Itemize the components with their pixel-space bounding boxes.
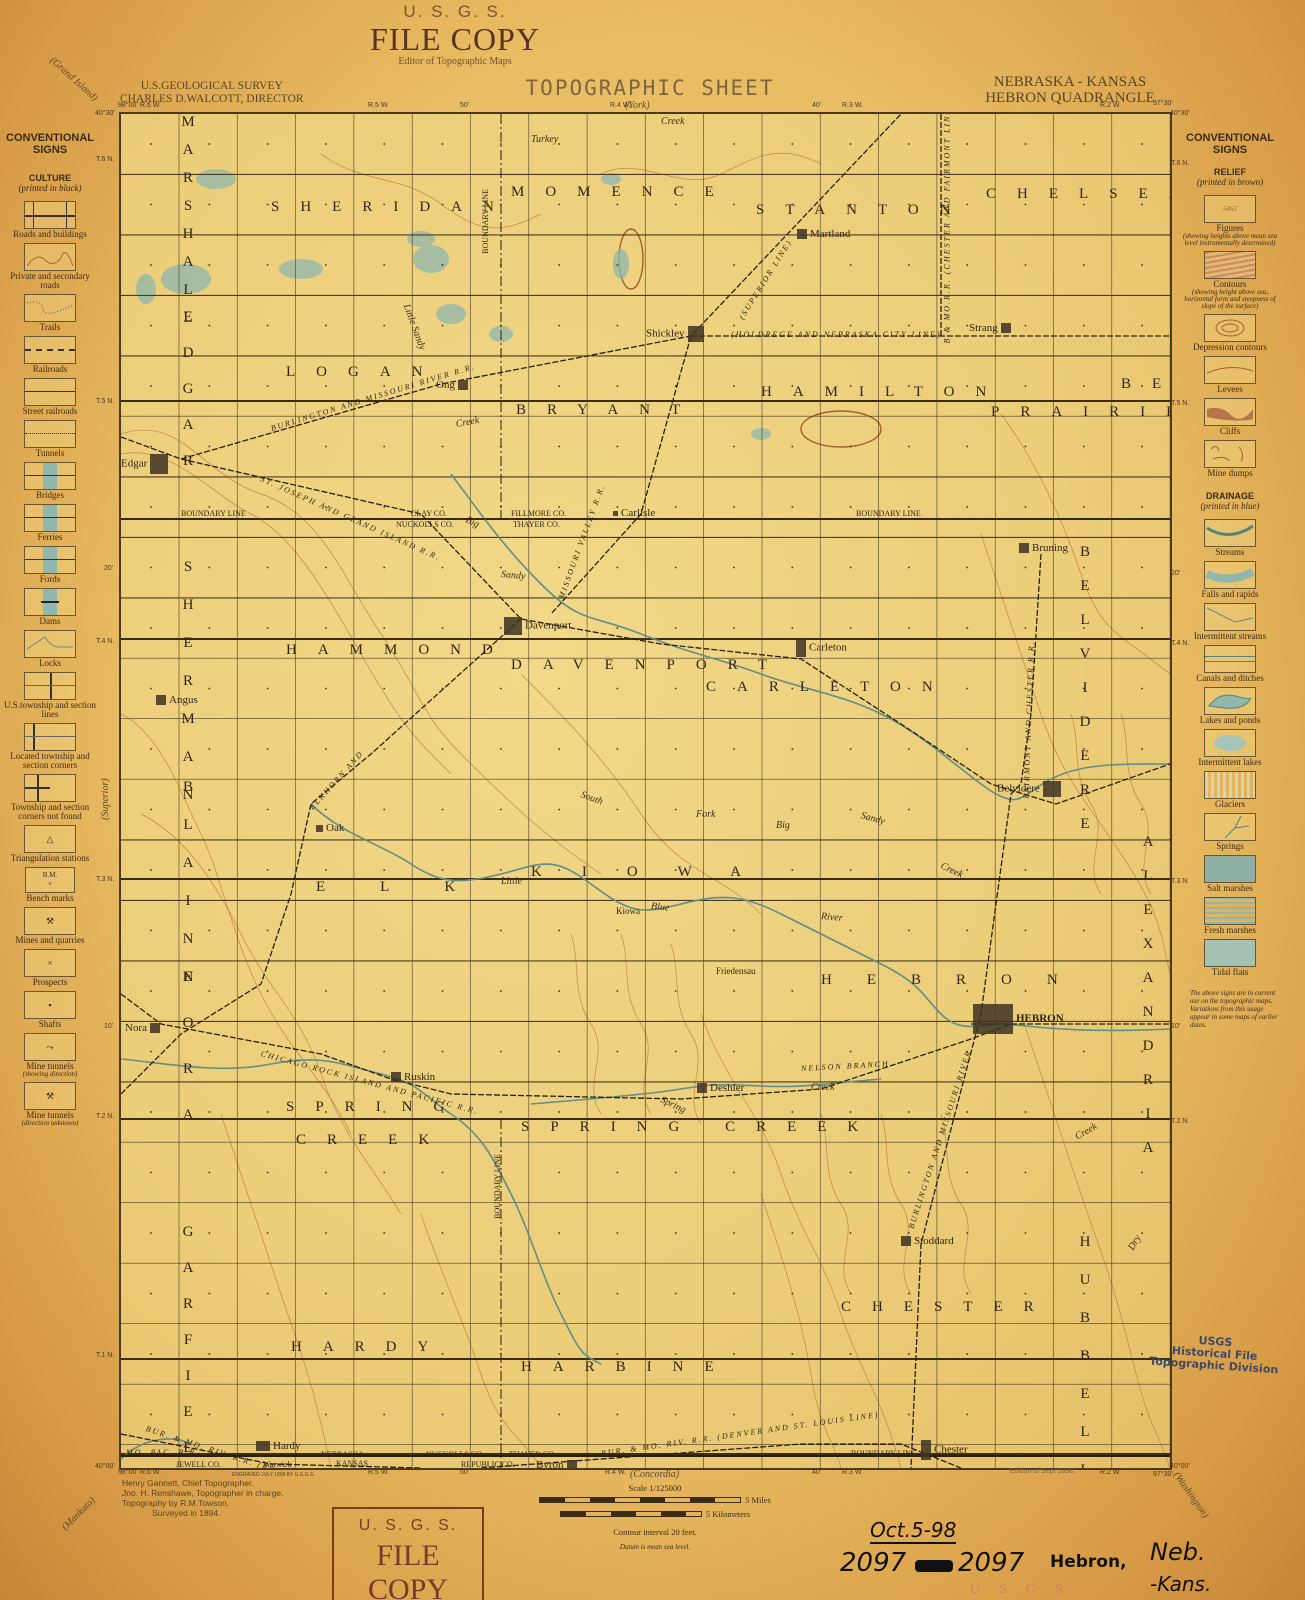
town-block-icon <box>567 1460 577 1470</box>
handwritten-number-left: 2097 <box>840 1548 906 1578</box>
salt-marshes-icon <box>1204 855 1256 883</box>
agency-name: U.S.GEOLOGICAL SURVEY <box>120 80 304 93</box>
town-block-icon <box>458 380 468 390</box>
town-ruskin[interactable]: Ruskin <box>391 1071 435 1083</box>
railroad-label: B.& MO.R.R. (CHESTER AND FAIRMONT LINE) <box>943 112 952 344</box>
legend-item-streams: Streams <box>1180 519 1280 557</box>
state-kansas: KANSAS <box>336 1459 368 1468</box>
stream-label: Sandy <box>501 569 526 582</box>
town-label: Oak <box>326 822 344 834</box>
credits-block: Henry Gannett, Chief Topographer. Jno. H… <box>122 1478 283 1518</box>
edition-note: Edition of Sept 1898. <box>1010 1468 1075 1475</box>
legend-label: Levees <box>1180 385 1280 394</box>
town-block-icon <box>316 825 323 832</box>
springs-icon <box>1204 813 1256 841</box>
town-bruning[interactable]: Bruning <box>1019 542 1068 554</box>
town-label: Carlisle <box>621 507 655 519</box>
legend-item-ferries: Ferries <box>0 504 100 542</box>
town-shickley[interactable]: Shickley <box>646 326 707 342</box>
township-hardy: HARDY <box>291 1339 449 1356</box>
legend-label: Bench marks <box>0 894 100 903</box>
located-corners-icon <box>24 723 76 751</box>
legend-item-springs: Springs <box>1180 813 1280 851</box>
contours-icon <box>1204 251 1256 279</box>
mine-icon: ⚒ <box>24 907 76 935</box>
legend-label: Fords <box>0 575 100 584</box>
quadrangle-name: HEBRON QUADRANGLE <box>960 90 1180 106</box>
town-carleton[interactable]: Carleton <box>796 639 847 657</box>
corners-not-found-icon <box>24 774 76 802</box>
town-edgar[interactable]: Edgar <box>121 454 171 474</box>
private-roads-icon <box>24 243 76 271</box>
county-thayer-bottom: THAYER CO. <box>509 1450 556 1459</box>
town-block-icon <box>901 1236 911 1246</box>
intermittent-lakes-icon <box>1204 729 1256 757</box>
legend-note: (direction unknown) <box>0 1120 100 1127</box>
town-label: Angus <box>169 694 198 706</box>
township-chelsea: CHELSEA <box>986 186 1172 203</box>
town-chester[interactable]: Chester <box>921 1440 968 1460</box>
stream-label: Little <box>501 876 522 887</box>
town-label: Martland <box>810 228 850 240</box>
town-label: Ruskin <box>404 1071 435 1083</box>
township-marshall: MARSHALL <box>179 114 196 338</box>
railroad-label: (HOLDREGE AND NEBRASKA CITY LINE) <box>731 330 942 339</box>
stream-label: Blue <box>651 901 670 914</box>
town-block-icon <box>973 1004 1013 1034</box>
figures-icon: 5463 <box>1204 195 1256 223</box>
legend-item-glaciers: Glaciers <box>1180 771 1280 809</box>
town-block-icon <box>796 639 806 657</box>
county-fillmore: FILLMORE CO. <box>511 509 566 518</box>
legend-culture: CONVENTIONAL SIGNS CULTURE (printed in b… <box>0 132 100 1131</box>
credit-topography: Topography by R.M.Towson. <box>122 1498 283 1508</box>
long-label: 97°30' <box>1153 100 1173 107</box>
town-warwick: Warwick <box>263 1460 292 1469</box>
legend-label: Canals and ditches <box>1180 674 1280 683</box>
town-block-icon <box>613 511 618 516</box>
stream-label: Creek <box>811 1082 835 1093</box>
town-carlisle[interactable]: Carlisle <box>613 507 655 519</box>
handwritten-state1: Neb. <box>1150 1538 1206 1566</box>
intermittent-streams-icon <box>1204 603 1256 631</box>
lat-label: 40°00' <box>1170 1463 1190 1470</box>
town-davenport[interactable]: Davenport <box>504 617 571 635</box>
legend-item-falls: Falls and rapids <box>1180 561 1280 599</box>
legend-item-shafts: ▪Shafts <box>0 991 100 1029</box>
township-davenport: DAVENPORT <box>511 657 788 674</box>
town-label: Deshler <box>710 1082 744 1094</box>
township-hammond: HAMMOND <box>286 642 514 659</box>
legend-item-figures: 5463Figures(showing heights above mean s… <box>1180 195 1280 247</box>
cliffs-icon <box>1204 398 1256 426</box>
header-quadrangle: NEBRASKA - KANSAS HEBRON QUADRANGLE <box>960 74 1180 106</box>
legend-item-tunnels: Tunnels <box>0 420 100 458</box>
tidal-flats-icon <box>1204 939 1256 967</box>
legend-item-bench-marks: B.M. ×Bench marks <box>0 867 100 903</box>
legend-label: Railroads <box>0 365 100 374</box>
mine-tunnel-direction-icon: ⤳ <box>24 1033 76 1061</box>
range-label: R.4 W. <box>605 1469 626 1476</box>
county-nuckolls-bottom: NUCKOLLS CO. <box>426 1450 484 1459</box>
adjoining-grand-island: (Grand Island) <box>48 55 100 104</box>
adjoining-superior: (Superior) <box>100 778 111 820</box>
state-name: NEBRASKA - KANSAS <box>960 74 1180 90</box>
lat-label: 10' <box>1171 1023 1180 1030</box>
streams-icon <box>1204 519 1256 547</box>
fords-icon <box>24 546 76 574</box>
datum-note: Datum is mean sea level. <box>510 1543 800 1551</box>
town-byron[interactable]: Byron <box>536 1459 580 1470</box>
legend-label: Roads and buildings <box>0 230 100 239</box>
legend-label: Intermittent streams <box>1180 632 1280 641</box>
legend-label: U.S.township and section lines <box>0 701 100 719</box>
county-jewell: JEWELL CO. <box>176 1460 221 1469</box>
legend-title: CONVENTIONAL SIGNS <box>0 132 100 156</box>
legend-item-canals: Canals and ditches <box>1180 645 1280 683</box>
legend-item-intermittent-streams: Intermittent streams <box>1180 603 1280 641</box>
legend-item-trails: Trails <box>0 294 100 332</box>
town-block-icon <box>921 1440 931 1460</box>
county-nuckolls: NUCKOLLS CO. <box>396 520 454 529</box>
legend-label: Springs <box>1180 842 1280 851</box>
legend-item-corners-not-found: Township and section corners not found <box>0 774 100 821</box>
lat-label: 40°00' <box>95 1463 115 1470</box>
town-block-icon <box>688 326 704 342</box>
file-copy-stamp-top: U. S. G. S. FILE COPY Editor of Topograp… <box>370 2 540 67</box>
credit-surveyed: Surveyed in 1894. <box>122 1508 283 1518</box>
legend-item-roads-buildings: Roads and buildings <box>0 201 100 239</box>
legend-label: Tidal flats <box>1180 968 1280 977</box>
town-block-icon <box>697 1083 707 1093</box>
shaft-icon: ▪ <box>24 991 76 1019</box>
fresh-marshes-icon <box>1204 897 1256 925</box>
township-nora: NORA <box>179 969 196 1153</box>
township-edgar: EDGAR <box>179 309 196 489</box>
state-nebraska: NEBRASKA <box>321 1450 364 1459</box>
township-bryant: BRYANT <box>516 402 701 419</box>
legend-footnote: The above signs are in current use on th… <box>1180 989 1280 1029</box>
legend-label: Falls and rapids <box>1180 590 1280 599</box>
lat-label: 20' <box>104 565 113 572</box>
legend-label: Locks <box>0 659 100 668</box>
township-belvidere: BELVIDERE <box>1076 544 1093 850</box>
town-oak[interactable]: Oak <box>316 822 344 834</box>
town-label: Chester <box>934 1444 968 1456</box>
legend-item-mine-tunnels-unknown: ⚒Mine tunnels(direction unknown) <box>0 1082 100 1127</box>
town-block-icon <box>797 229 807 239</box>
legend-label: Lakes and ponds <box>1180 716 1280 725</box>
miles-bar: 5 Miles <box>510 1493 800 1507</box>
legend-label: Cliffs <box>1180 427 1280 436</box>
town-block-icon <box>391 1072 401 1082</box>
town-label: Shickley <box>646 328 685 340</box>
lakes-icon <box>1204 687 1256 715</box>
township-prairie: PRAIRIE <box>991 404 1172 421</box>
stream-label: Big <box>776 820 790 831</box>
stream-label: River <box>821 911 844 924</box>
range-label: R.5 W. <box>368 1469 389 1476</box>
legend-item-mines: ⚒Mines and quarries <box>0 907 100 945</box>
town-label: Byron <box>536 1459 564 1470</box>
town-label: Belvidere <box>997 783 1040 795</box>
town-label: Hardy <box>273 1440 301 1452</box>
town-label: Stoddard <box>914 1235 954 1247</box>
town-block-icon <box>1001 323 1011 333</box>
legend-item-fords: Fords <box>0 546 100 584</box>
township-stanton: STANTON <box>756 202 972 219</box>
legend-item-railroads: Railroads <box>0 336 100 374</box>
county-republic: REPUBLIC CO. <box>461 1460 515 1469</box>
lat-label: 10' <box>104 1023 113 1030</box>
town-stoddard[interactable]: Stoddard <box>901 1235 954 1247</box>
stamp-file-copy: FILE COPY <box>370 22 540 56</box>
dams-icon <box>24 588 76 616</box>
boundary-line-label: BOUNDARY LINE <box>856 509 921 518</box>
township-label: T.2 N. <box>1171 1118 1189 1125</box>
township-momence: MOMENCE <box>511 184 735 201</box>
county-clay: CLAY CO. <box>411 509 447 518</box>
township-belle: BELLE <box>1121 376 1172 393</box>
town-martland[interactable]: Martland <box>797 228 850 240</box>
stream-label: Fork <box>696 809 715 820</box>
legend-item-mine-dumps: Mine dumps <box>1180 440 1280 478</box>
legend-label: Glaciers <box>1180 800 1280 809</box>
street-railroads-icon <box>24 378 76 406</box>
town-label: Strang <box>969 322 998 334</box>
legend-item-locks: Locks <box>0 630 100 668</box>
legend-item-salt-marshes: Salt marshes <box>1180 855 1280 893</box>
legend-item-street-railroads: Street railroads <box>0 378 100 416</box>
township-creek: CREEK <box>296 1132 450 1149</box>
handwritten-date: Oct.5-98 <box>870 1518 956 1544</box>
scale-block: Scale 1/125000 5 Miles 5 Kilometers Cont… <box>510 1483 800 1551</box>
stamp-agency: U. S. G. S. <box>334 1517 482 1535</box>
long-label: 50' <box>460 102 469 109</box>
locks-icon <box>24 630 76 658</box>
town-deshler[interactable]: Deshler <box>697 1082 744 1094</box>
township-carleton: CARLETON <box>706 679 954 696</box>
legend-label: Dams <box>0 617 100 626</box>
township-kiowa: KIOWA <box>531 864 781 881</box>
legend-label: Streams <box>1180 548 1280 557</box>
stamp-editor: Editor of Topographic Maps <box>370 56 540 67</box>
legend-label: Tunnels <box>0 449 100 458</box>
legend-relief-drainage: CONVENTIONAL SIGNS RELIEF (printed in br… <box>1180 132 1280 1029</box>
sheet-title: TOPOGRAPHIC SHEET <box>500 76 800 100</box>
legend-drainage-note: (printed in blue) <box>1180 502 1280 511</box>
falls-icon <box>1204 561 1256 589</box>
handwritten-state2: -Kans. <box>1150 1572 1211 1596</box>
legend-item-depression: Depression contours <box>1180 314 1280 352</box>
range-label: R.3 W. <box>842 1469 863 1476</box>
legend-label: Ferries <box>0 533 100 542</box>
scribble-mark <box>915 1560 953 1572</box>
legend-item-triangulation: △Triangulation stations <box>0 825 100 863</box>
long-label: 98°00' <box>118 102 138 109</box>
scale-word: Scale <box>629 1483 647 1493</box>
township-chester: CHESTER <box>841 1299 1055 1316</box>
legend-item-lakes: Lakes and ponds <box>1180 687 1280 725</box>
legend-relief-note: (printed in brown) <box>1180 178 1280 187</box>
town-block-icon <box>504 617 522 635</box>
township-garfield: GARFIELD <box>179 1224 196 1470</box>
legend-label: Street railroads <box>0 407 100 416</box>
township-label: T.1 N. <box>96 1352 114 1359</box>
legend-label: Located township and section corners <box>0 752 100 770</box>
town-block-icon <box>150 454 168 474</box>
scale-label: Scale 1/125000 <box>510 1483 800 1493</box>
legend-note: (showing direction) <box>0 1071 100 1078</box>
town-label: HEBRON <box>1016 1013 1064 1025</box>
legend-item-private-roads: Private and secondary roads <box>0 243 100 290</box>
town-strang[interactable]: Strang <box>969 322 1014 334</box>
township-sheridan: SHERIDAN <box>271 199 515 216</box>
bench-mark-icon: B.M. × <box>25 867 75 893</box>
township-harbine: HARBINE <box>521 1359 735 1376</box>
legend-label: Trails <box>0 323 100 332</box>
range-label: R.6 W. <box>140 1469 161 1476</box>
legend-note: (showing height above sea, horizontal fo… <box>1180 289 1280 310</box>
legend-item-prospects: ×Prospects <box>0 949 100 987</box>
legend-label: Mines and quarries <box>0 936 100 945</box>
scale-ratio: 1/125000 <box>649 1483 681 1493</box>
ferries-icon <box>24 504 76 532</box>
legend-item-township-lines: U.S.township and section lines <box>0 672 100 719</box>
town-angus[interactable]: Angus <box>156 694 198 706</box>
legend-item-mine-tunnels-dir: ⤳Mine tunnels(showing direction) <box>0 1033 100 1078</box>
legend-item-levees: Levees <box>1180 356 1280 394</box>
long-label: 50' <box>460 1469 469 1476</box>
stream-label: Turkey <box>531 134 558 145</box>
town-hardy[interactable]: Hardy <box>256 1440 301 1452</box>
mine-dumps-icon <box>1204 440 1256 468</box>
legend-note: (showing heights above mean sea level in… <box>1180 233 1280 247</box>
legend-label: Triangulation stations <box>0 854 100 863</box>
legend-label: Salt marshes <box>1180 884 1280 893</box>
legend-title: CONVENTIONAL SIGNS <box>1180 132 1280 156</box>
lat-label: 40°30' <box>1170 110 1190 117</box>
tunnels-icon <box>24 420 76 448</box>
legend-item-fresh-marshes: Fresh marshes <box>1180 897 1280 935</box>
long-label: 40' <box>812 102 821 109</box>
township-spring-creek: SPRING CREEK <box>521 1119 879 1136</box>
stream-label: Creek <box>661 116 685 127</box>
bridges-icon <box>24 462 76 490</box>
levees-icon <box>1204 356 1256 384</box>
prospect-icon: × <box>24 949 76 977</box>
legend-item-dams: Dams <box>0 588 100 626</box>
boundary-line-label: BOUNDARY LINE <box>493 1154 502 1219</box>
town-hebron[interactable]: HEBRON <box>973 1004 1064 1034</box>
legend-label: Depression contours <box>1180 343 1280 352</box>
legend-label: Private and secondary roads <box>0 272 100 290</box>
mine-tunnel-unknown-icon: ⚒ <box>24 1082 76 1110</box>
town-label: Edgar <box>121 458 147 470</box>
km-bar: 5 Kilometers <box>510 1507 800 1521</box>
town-kiowa[interactable]: Kiowa <box>616 906 640 916</box>
township-alexandria: ALEXANDRIA <box>1139 834 1156 1174</box>
adjoining-mankato: (Mankato) <box>60 1495 98 1533</box>
adjoining-washington: (Washington) <box>1171 1470 1211 1520</box>
legend-label: Mine dumps <box>1180 469 1280 478</box>
stamp-file-copy: FILE COPY <box>334 1539 482 1600</box>
credit-in-charge: Jno. H. Renshawe, Topographer in charge. <box>122 1488 283 1498</box>
township-elk: ELK <box>316 879 510 896</box>
stamp-agency: U. S. G. S. <box>370 2 540 22</box>
adjoining-concordia: (Concordia) <box>630 1469 679 1480</box>
legend-label: Fresh marshes <box>1180 926 1280 935</box>
town-block-icon <box>150 1023 160 1033</box>
township-hebron: HEBRON <box>821 972 1093 989</box>
county-thayer: THAYER CO. <box>513 520 560 529</box>
range-label: R.4 W. <box>610 102 631 109</box>
glaciers-icon <box>1204 771 1256 799</box>
town-label: Kiowa <box>616 906 640 916</box>
township-lines-icon <box>24 672 76 700</box>
township-hubbell: HUBBELL <box>1076 1234 1093 1470</box>
range-label: R.5 W. <box>368 102 389 109</box>
handwritten-place: Hebron, <box>1050 1552 1127 1572</box>
town-label: Davenport <box>525 620 571 632</box>
topographic-map[interactable]: SHERIDAN MOMENCE STANTON CHELSEA LOGAN B… <box>119 112 1172 1470</box>
long-label: 97°30' <box>1153 1471 1173 1478</box>
contour-interval: Contour interval 20 feet. <box>510 1527 800 1537</box>
miles-label: 5 Miles <box>745 1495 771 1505</box>
boundary-line-label: BOUNDARY LINE <box>481 189 490 254</box>
town-label: Friedensau <box>716 966 756 976</box>
legend-item-contours: Contours(showing height above sea, horiz… <box>1180 251 1280 310</box>
legend-item-intermittent-lakes: Intermittent lakes <box>1180 729 1280 767</box>
town-label: Carleton <box>809 642 847 654</box>
boundary-line-label: BOUNDARY LINE <box>181 509 246 518</box>
trails-icon <box>24 294 76 322</box>
legend-label: Intermittent lakes <box>1180 758 1280 767</box>
lat-label: 20' <box>1171 570 1180 577</box>
legend-item-bridges: Bridges <box>0 462 100 500</box>
canals-icon <box>1204 645 1256 673</box>
lat-label: 40°30' <box>95 110 115 117</box>
railroads-icon <box>24 336 76 364</box>
range-label: R.6 W. <box>140 102 161 109</box>
long-label: 40' <box>812 1469 821 1476</box>
long-label: 98°00' <box>118 1469 138 1476</box>
range-label: R.3 W. <box>842 102 863 109</box>
handwritten-number-right: 2097 <box>958 1548 1024 1578</box>
faint-usgs-stamp: U. S. G. S. <box>970 1582 1074 1598</box>
township-hamilton: HAMILTON <box>761 384 1007 401</box>
legend-label: Prospects <box>0 978 100 987</box>
town-block-icon <box>1019 543 1029 553</box>
legend-label: Bridges <box>0 491 100 500</box>
town-block-icon <box>156 695 166 705</box>
town-block-icon <box>256 1441 270 1451</box>
file-copy-stamp-bottom: U. S. G. S. FILE COPY <box>332 1507 484 1600</box>
town-friedensau[interactable]: Friedensau <box>716 966 756 976</box>
legend-label: Township and section corners not found <box>0 803 100 821</box>
town-nora[interactable]: Nora <box>125 1022 163 1034</box>
legend-item-tidal-flats: Tidal flats <box>1180 939 1280 977</box>
range-label: R.2 W. <box>1100 102 1121 109</box>
credit-chief: Henry Gannett, Chief Topographer. <box>122 1478 283 1488</box>
engraved-note: ENGRAVED JULY 1898 BY U.S.G.S. <box>232 1472 314 1478</box>
town-label: Nora <box>125 1022 147 1034</box>
railroad-label: MO. PAC. R.R. <box>126 1448 200 1457</box>
legend-item-located-corners: Located township and section corners <box>0 723 100 770</box>
km-label: 5 Kilometers <box>706 1509 750 1519</box>
triangulation-icon: △ <box>24 825 76 853</box>
range-label: R.2 W. <box>1100 1469 1121 1476</box>
